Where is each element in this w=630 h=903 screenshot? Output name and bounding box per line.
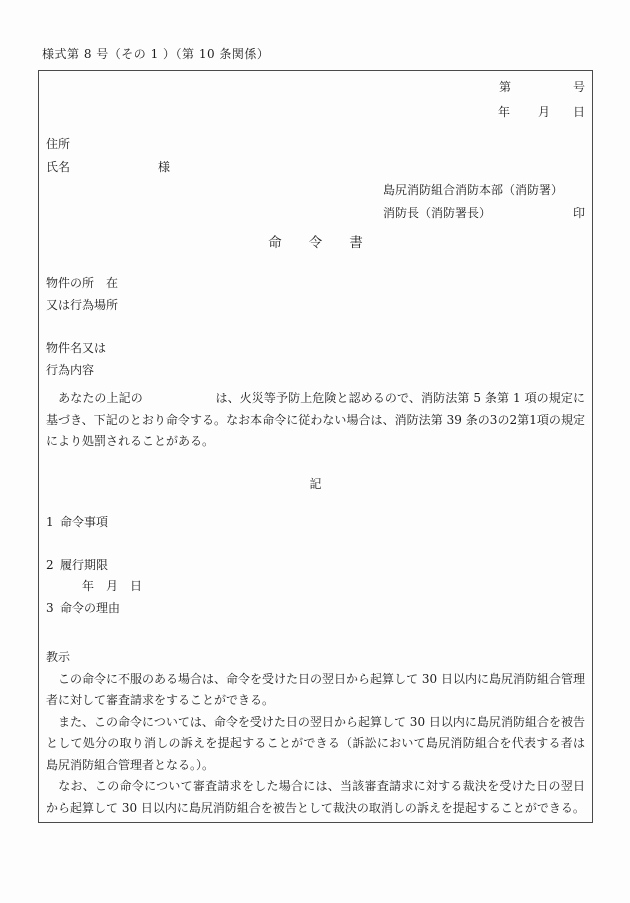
address-row: 住所 bbox=[46, 133, 585, 156]
date-month-label: 月 bbox=[538, 105, 550, 119]
kyoji-paragraph-3: なお、この命令について審査請求をした場合には、当該審査請求に対する裁決を受けた日… bbox=[46, 776, 585, 819]
order-item-2-number: 2 bbox=[46, 555, 60, 577]
document-page: 様式第 8 号（その 1 ）（第 10 条関係） 第号 年月日 住所 氏名様 島… bbox=[0, 44, 630, 823]
kyoji-paragraph-1: この命令に不服のある場合は、命令を受けた日の翌日から起算して 30 日以内に島尻… bbox=[46, 669, 585, 712]
name-label: 氏名 bbox=[46, 160, 70, 174]
order-item-3-number: 3 bbox=[46, 598, 60, 620]
document-frame: 第号 年月日 住所 氏名様 島尻消防組合消防本部（消防署） 消防長（消防署長） … bbox=[38, 70, 593, 823]
order-item-3-label: 命令の理由 bbox=[60, 601, 120, 615]
kyoji-heading: 教示 bbox=[46, 647, 585, 669]
sender-title: 消防長（消防署長） bbox=[383, 202, 491, 225]
address-label: 住所 bbox=[46, 137, 70, 151]
sender-title-row: 消防長（消防署長） 印 bbox=[383, 202, 585, 225]
order-item-2-label: 履行期限 bbox=[60, 558, 108, 572]
order-item-1: 1命令事項 bbox=[46, 512, 585, 534]
doc-number-suffix: 号 bbox=[573, 80, 585, 94]
order-item-2: 2履行期限 bbox=[46, 555, 585, 577]
date-line: 年月日 bbox=[46, 100, 585, 125]
date-day-label: 日 bbox=[573, 105, 585, 119]
order-item-1-number: 1 bbox=[46, 512, 60, 534]
kyoji-paragraph-2: また、この命令については、命令を受けた日の翌日から起算して 30 日以内に島尻消… bbox=[46, 712, 585, 777]
date-year-label: 年 bbox=[498, 105, 510, 119]
name-row: 氏名様 bbox=[46, 156, 585, 179]
property-name-line2: 行為内容 bbox=[46, 359, 585, 381]
honorific-label: 様 bbox=[158, 160, 170, 174]
document-title: 命 令 書 bbox=[46, 231, 585, 256]
sender-block: 島尻消防組合消防本部（消防署） 消防長（消防署長） 印 bbox=[383, 179, 585, 225]
property-location-line2: 又は行為場所 bbox=[46, 294, 585, 316]
doc-number-line: 第号 bbox=[46, 75, 585, 100]
order-item-3: 3命令の理由 bbox=[46, 598, 585, 620]
form-number-label: 様式第 8 号（その 1 ）（第 10 条関係） bbox=[42, 44, 630, 64]
deadline-date-line: 年 月 日 bbox=[46, 576, 585, 598]
seal-label: 印 bbox=[573, 202, 585, 225]
sender-org: 島尻消防組合消防本部（消防署） bbox=[383, 179, 585, 202]
property-location-line1: 物件の所 在 bbox=[46, 272, 585, 294]
order-item-1-label: 命令事項 bbox=[60, 515, 108, 529]
doc-number-prefix: 第 bbox=[499, 80, 511, 94]
ki-heading: 記 bbox=[46, 474, 585, 496]
property-name-line1: 物件名又は bbox=[46, 337, 585, 359]
body-paragraph: あなたの上記の は、火災等予防上危険と認めるので、消防法第 5 条第 1 項の規… bbox=[46, 388, 585, 453]
